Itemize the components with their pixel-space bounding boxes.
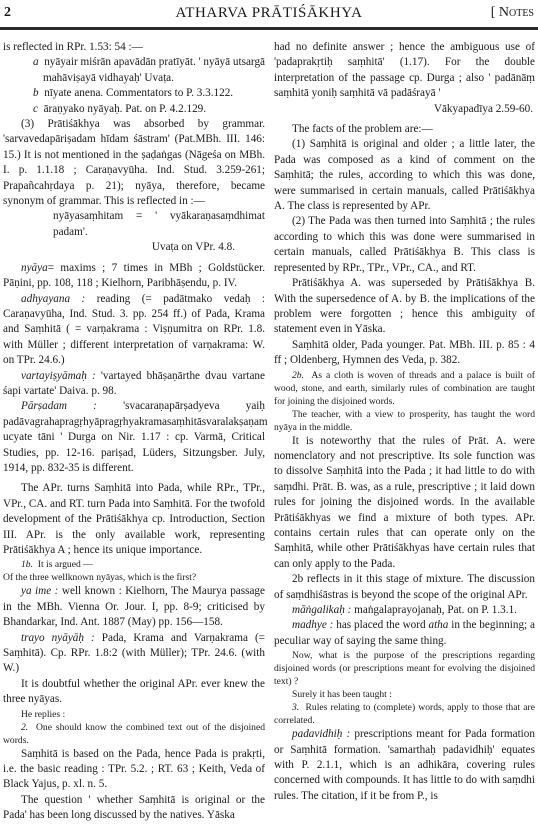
paragraph: The question ' whether Saṃhitā is origin… [3,793,265,824]
left-column: is reflected in RPr. 1.53: 54 :— a nyāya… [3,40,265,824]
paragraph: Saṃhitā older, Pada younger. Pat. MBh. I… [274,338,535,369]
paragraph: had no definite answer ; hence the ambig… [274,40,535,102]
book-page: 2 ATHARVA PRĀTIŚĀKHYA [ Notes is reflect… [0,0,538,831]
translation: Now, what is the purpose of the prescrip… [274,649,535,688]
paragraph: Prātiśākhya A. was superseded by Prātiśā… [274,276,535,338]
term: padavidhiḥ : [292,728,350,740]
paragraph: 2b reflects in it this stage of mixture.… [274,572,535,603]
item-text: nīyate anena. Commentators to P. 3.3.122… [44,87,233,99]
paragraph: The APr. turns Saṃhitā into Pada, while … [3,481,265,558]
running-header: 2 ATHARVA PRĀTIŚĀKHYA [ Notes [0,2,538,24]
term: adhyayana : [21,293,85,305]
term: māṅgalikaḥ : [292,604,351,616]
paragraph: (3) Prātiśākhya was absorbed by grammar.… [3,117,265,209]
sutra: 2. One should know the combined text out… [3,721,265,747]
sutra-label: 1b. [21,559,33,570]
running-title: ATHARVA PRĀTIŚĀKHYA [0,5,538,22]
sutra-text: Rules relating to (complete) words, appl… [274,702,535,726]
sutra-text: One should know the combined text out of… [3,722,265,746]
translation: The teacher, with a view to prosperity, … [274,408,535,434]
paragraph: (1) Saṃhitā is original and older ; a li… [274,137,535,214]
paragraph: The facts of the problem are:— [274,122,535,137]
definition: maṅgalaprayojanaḥ, Pat. on P. 1.3.1. [351,604,517,616]
term: madhye : [292,619,333,631]
paragraph: vartayiṣyāmaḥ : 'vartayed bhāṣaṇārthe dv… [3,369,265,400]
paragraph: nyāya= maxims ; 7 times in MBh ; Goldstü… [3,261,265,292]
paragraph: (2) The Pada was then turned into Saṃhit… [274,214,535,276]
paragraph: adhyayana : reading (= padātmako vedaḥ :… [3,292,265,369]
sutra-label: 2b. [292,370,304,381]
sutra-label: 3. [292,702,299,713]
quotation: nyāyasaṃhitam = ' vyākaraṇasaṃdhimat pad… [3,209,265,240]
sutra-text: As a cloth is woven of threads and a pal… [274,370,535,407]
paragraph: Saṃhitā is based on the Pada, hence Pada… [3,747,265,793]
item-label: a [33,56,39,68]
citation: Uvaṭa on VPr. 4.8. [3,240,265,255]
paragraph: is reflected in RPr. 1.53: 54 :— [3,40,265,55]
paragraph: It is doubtful whether the original APr.… [3,677,265,708]
emphasized-word: atha [428,619,448,631]
citation: Vākyapadīya 2.59-60. [274,102,535,117]
item-text: āraṇyako nyāyaḥ. Pat. on P. 4.2.129. [44,103,207,115]
header-rule [0,27,538,30]
list-item: c āraṇyako nyāyaḥ. Pat. on P. 4.2.129. [3,102,265,117]
item-label: b [33,87,39,99]
paragraph: ya ime : well known : Kielhorn, The Maur… [3,584,265,630]
paragraph: trayo nyāyāḥ : Pada, Krama and Varṇakram… [3,631,265,677]
item-label: c [33,103,38,115]
sutra: 2b. As a cloth is woven of threads and a… [274,369,535,408]
term: nyāya [21,262,48,274]
sutra-text: It is argued — [38,559,93,570]
sutra-label: 2. [21,722,28,733]
sutra: 1b. It is argued — [3,558,265,571]
term: ya ime : [21,585,58,597]
paragraph: madhye : has placed the word atha in the… [274,618,535,649]
translation: He replies : [3,708,265,721]
list-item: a nyāyair miśrān apavādān pratīyāt. ' ny… [3,55,265,86]
term: vartayiṣyāmaḥ : [21,370,96,382]
right-column: had no definite answer ; hence the ambig… [274,40,535,804]
item-text: nyāyair miśrān apavādān pratīyāt. ' nyāy… [43,56,265,83]
paragraph: māṅgalikaḥ : maṅgalaprayojanaḥ, Pat. on … [274,603,535,618]
paragraph: padavidhiḥ : prescriptions meant for Pad… [274,727,535,804]
sutra: 3. Rules relating to (complete) words, a… [274,701,535,727]
paragraph: Pārṣadam : 'svacaraṇapārṣadyeva yaiḥ pad… [3,399,265,476]
term: trayo nyāyāḥ : [21,632,95,644]
term: Pārṣadam : [21,400,97,412]
section-label: [ Notes [491,5,534,21]
translation: Surely it has been taught : [274,688,535,701]
definition: has placed the word [333,619,428,631]
paragraph: It is noteworthy that the rules of Prāt.… [274,434,535,573]
list-item: b nīyate anena. Commentators to P. 3.3.1… [3,86,265,101]
translation: Of the three wellknown nyāyas, which is … [3,571,265,584]
